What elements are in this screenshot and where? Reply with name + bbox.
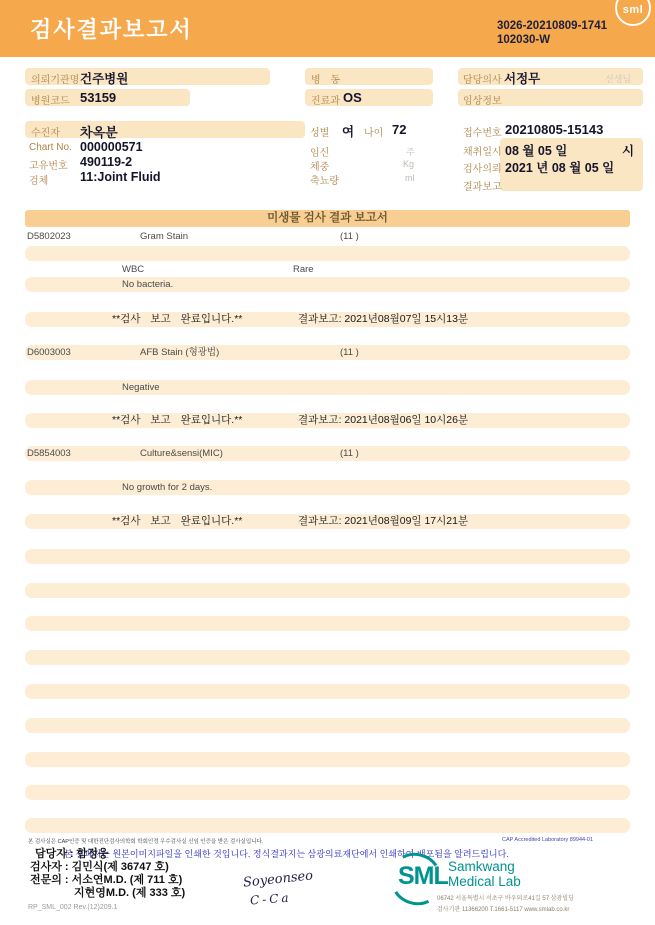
test-code: D5854003 bbox=[27, 446, 71, 461]
reported-datetime: 결과보고: 2021년08월09일 17시21분 bbox=[298, 514, 468, 529]
lab-contact: 검사기관 11366200 T.1661-5117 www.smlab.co.k… bbox=[437, 904, 569, 913]
sml-logo-text: SML bbox=[398, 862, 448, 891]
ward-label: 병 동 bbox=[311, 71, 340, 86]
report-date-label: 결과보고 bbox=[463, 178, 502, 193]
signature-1: Soyeonseo bbox=[242, 868, 313, 890]
age-label: 나이 bbox=[364, 124, 383, 139]
lab-name-line2: Medical Lab bbox=[448, 874, 521, 889]
form-number: RP_SML_002 Rev.(12)209.1 bbox=[28, 904, 117, 911]
complete-note: **검사 보고 완료입니다.** bbox=[112, 413, 242, 428]
test-spec: (11 ) bbox=[340, 345, 359, 360]
stripe bbox=[25, 549, 630, 564]
result-item-name: WBC bbox=[122, 262, 144, 277]
hosp-code-label: 병원코드 bbox=[31, 92, 70, 107]
stripe bbox=[25, 718, 630, 733]
doctor-suffix: 선생님 bbox=[605, 72, 631, 85]
reported-datetime: 결과보고: 2021년08월07일 15시13분 bbox=[298, 312, 468, 327]
result-item-value: Rare bbox=[293, 262, 314, 277]
test-name: AFB Stain (형광법) bbox=[140, 345, 219, 360]
pregnancy-unit: 주 bbox=[406, 145, 415, 158]
test-spec: (11 ) bbox=[340, 229, 359, 244]
doctor-label: 담당의사 bbox=[463, 71, 502, 86]
lab-address: 06742 서울특별시 서초구 바우뫼로41길 57 삼광빌딩 bbox=[437, 893, 574, 902]
hosp-code-value: 53159 bbox=[80, 90, 116, 105]
clinical-label: 임상정보 bbox=[463, 92, 502, 107]
stripe bbox=[25, 380, 630, 395]
stripe bbox=[25, 246, 630, 261]
urine-unit: ml bbox=[405, 173, 415, 183]
collect-label: 채취일시 bbox=[463, 143, 502, 158]
stripe bbox=[25, 345, 630, 360]
stripe bbox=[25, 650, 630, 665]
stripe bbox=[25, 752, 630, 767]
dept-label: 진료과 bbox=[311, 92, 340, 107]
org-value: 건주병원 bbox=[80, 69, 128, 87]
accreditation-note: 본 검사실은 CAP인증 및 대한진단검사의학회 학회인정 우수검사실 신임 인… bbox=[28, 837, 263, 845]
complete-note: **검사 보고 완료입니다.** bbox=[112, 312, 242, 327]
test-name: Culture&sensi(MIC) bbox=[140, 446, 223, 461]
dept-value: OS bbox=[343, 90, 362, 105]
complete-note: **검사 보고 완료입니다.** bbox=[112, 514, 242, 529]
stripe bbox=[25, 446, 630, 461]
stripe bbox=[25, 684, 630, 699]
test-code: D6003003 bbox=[27, 345, 71, 360]
stripe bbox=[25, 583, 630, 598]
section-title: 미생물 검사 결과 보고서 bbox=[25, 210, 630, 227]
document-number-line1: 3026-20210809-1741 bbox=[497, 20, 607, 32]
doctor-value: 서정무 bbox=[504, 69, 540, 87]
sex-label: 성별 bbox=[310, 124, 329, 139]
stripe bbox=[25, 616, 630, 631]
document-number-line2: 102030-W bbox=[497, 34, 550, 46]
age-value: 72 bbox=[392, 122, 406, 137]
lab-report-page: 검사결과보고서 3026-20210809-1741 102030-W sml … bbox=[0, 0, 655, 925]
receipt-label: 접수번호 bbox=[463, 124, 502, 139]
sml-logo-icon: sml bbox=[615, 0, 651, 26]
patient-value: 차옥분 bbox=[80, 122, 118, 141]
collect-value: 08 월 05 일 bbox=[505, 141, 567, 159]
request-value: 2021 년 08 월 05 일 bbox=[505, 158, 614, 176]
chart-label: Chart No. bbox=[29, 142, 72, 153]
request-label: 검사의뢰 bbox=[463, 160, 502, 175]
result-comment: No growth for 2 days. bbox=[122, 480, 212, 495]
stripe bbox=[25, 818, 630, 833]
chart-value: 000000571 bbox=[80, 140, 143, 154]
result-comment: Negative bbox=[122, 380, 160, 395]
pregnancy-label: 임신 bbox=[310, 144, 329, 159]
urine-label: 축뇨량 bbox=[310, 172, 339, 187]
page-title: 검사결과보고서 bbox=[30, 13, 193, 44]
specimen-label: 검체 bbox=[29, 172, 48, 187]
cap-accreditation: CAP Accredited Laboratory 89944-01 bbox=[502, 837, 593, 843]
stripe bbox=[25, 277, 630, 292]
uid-label: 고유번호 bbox=[29, 157, 68, 172]
stripe bbox=[25, 480, 630, 495]
reported-datetime: 결과보고: 2021년08월06일 10시26분 bbox=[298, 413, 468, 428]
lab-name-line1: Samkwang bbox=[448, 859, 515, 874]
stripe bbox=[25, 785, 630, 800]
collect-suffix: 시 bbox=[622, 141, 634, 159]
specimen-value: 11:Joint Fluid bbox=[80, 170, 161, 184]
weight-label: 체중 bbox=[310, 158, 329, 173]
test-code: D5802023 bbox=[27, 229, 71, 244]
org-label: 의뢰기관명 bbox=[31, 71, 79, 86]
report-header: 검사결과보고서 3026-20210809-1741 102030-W sml bbox=[0, 0, 655, 57]
specialist-line2: 지현영M.D. (제 333 호) bbox=[74, 884, 185, 900]
result-comment: No bacteria. bbox=[122, 277, 173, 292]
test-name: Gram Stain bbox=[140, 229, 188, 244]
patient-band bbox=[25, 121, 305, 138]
test-spec: (11 ) bbox=[340, 446, 359, 461]
weight-unit: Kg bbox=[403, 159, 414, 169]
signature-2: C-Ca bbox=[250, 891, 292, 908]
receipt-value: 20210805-15143 bbox=[505, 122, 603, 137]
sex-value: 여 bbox=[342, 122, 354, 140]
uid-value: 490119-2 bbox=[80, 155, 132, 169]
patient-label: 수진자 bbox=[31, 124, 60, 139]
